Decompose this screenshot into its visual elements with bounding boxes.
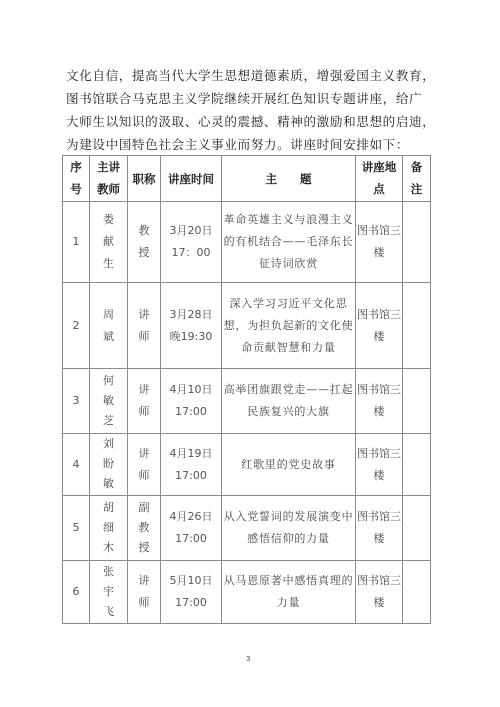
table-row: 1 娄献生 教授 3月20日17：00 革命英雄主义与浪漫主义的有机结合——毛泽… (63, 202, 431, 283)
intro-line: 文化自信，提高当代大学生思想道德素质，增强爱国主义教育， (66, 64, 438, 87)
page-number: 3 (246, 655, 250, 663)
cell-topic: 从马恩原著中感悟真理的力量 (222, 561, 356, 624)
cell-title: 讲师 (128, 283, 161, 369)
cell-place: 图书馆三楼 (356, 202, 403, 283)
cell-time: 3月20日17：00 (161, 202, 222, 283)
cell-speaker: 刘盼敏 (90, 434, 128, 496)
cell-speaker: 张宇飞 (90, 561, 128, 624)
cell-remark (403, 434, 431, 496)
cell-speaker: 娄献生 (90, 202, 128, 283)
cell-place: 图书馆三楼 (356, 561, 403, 624)
cell-speaker: 胡细木 (90, 496, 128, 561)
cell-title: 讲师 (128, 369, 161, 434)
cell-topic: 从入党誓词的发展演变中感悟信仰的力量 (222, 496, 356, 561)
cell-speaker: 何敏芝 (90, 369, 128, 434)
cell-time: 5月10日17:00 (161, 561, 222, 624)
cell-topic: 革命英雄主义与浪漫主义的有机结合——毛泽东长征诗词欣赏 (222, 202, 356, 283)
cell-topic: 高举团旗跟党走——扛起民族复兴的大旗 (222, 369, 356, 434)
cell-time: 3月28日晚19:30 (161, 283, 222, 369)
cell-no: 5 (63, 496, 90, 561)
header-speaker: 主讲教师 (90, 156, 128, 202)
header-no: 序号 (63, 156, 90, 202)
cell-time: 4月19日17:00 (161, 434, 222, 496)
cell-no: 3 (63, 369, 90, 434)
table-row: 2 周斌 讲师 3月28日晚19:30 深入学习习近平文化思想，为担负起新的文化… (63, 283, 431, 369)
table-header-row: 序号 主讲教师 职称 讲座时间 主 题 讲座地点 备注 (63, 156, 431, 202)
cell-speaker: 周斌 (90, 283, 128, 369)
cell-no: 2 (63, 283, 90, 369)
cell-place: 图书馆三楼 (356, 496, 403, 561)
cell-no: 6 (63, 561, 90, 624)
cell-place: 图书馆三楼 (356, 434, 403, 496)
cell-remark (403, 202, 431, 283)
cell-place: 图书馆三楼 (356, 283, 403, 369)
table-row: 5 胡细木 副教授 4月26日17:00 从入党誓词的发展演变中感悟信仰的力量 … (63, 496, 431, 561)
header-title: 职称 (128, 156, 161, 202)
cell-remark (403, 369, 431, 434)
cell-time: 4月10日17:00 (161, 369, 222, 434)
cell-place: 图书馆三楼 (356, 369, 403, 434)
cell-title: 副教授 (128, 496, 161, 561)
cell-topic: 红歌里的党史故事 (222, 434, 356, 496)
cell-topic: 深入学习习近平文化思想，为担负起新的文化使命贡献智慧和力量 (222, 283, 356, 369)
cell-remark (403, 283, 431, 369)
cell-time: 4月26日17:00 (161, 496, 222, 561)
cell-title: 讲师 (128, 561, 161, 624)
intro-line: 图书馆联合马克思主义学院继续开展红色知识专题讲座，给广 (66, 87, 438, 110)
cell-remark (403, 496, 431, 561)
cell-remark (403, 561, 431, 624)
cell-no: 4 (63, 434, 90, 496)
cell-title: 讲师 (128, 434, 161, 496)
table-row: 3 何敏芝 讲师 4月10日17:00 高举团旗跟党走——扛起民族复兴的大旗 图… (63, 369, 431, 434)
header-topic: 主 题 (222, 156, 356, 202)
intro-line: 大师生以知识的汲取、心灵的震撼、精神的激励和思想的启迪， (66, 110, 438, 133)
header-place: 讲座地点 (356, 156, 403, 202)
cell-no: 1 (63, 202, 90, 283)
intro-paragraph: 文化自信，提高当代大学生思想道德素质，增强爱国主义教育， 图书馆联合马克思主义学… (66, 64, 438, 156)
table-row: 4 刘盼敏 讲师 4月19日17:00 红歌里的党史故事 图书馆三楼 (63, 434, 431, 496)
cell-title: 教授 (128, 202, 161, 283)
header-remark: 备注 (403, 156, 431, 202)
table-row: 6 张宇飞 讲师 5月10日17:00 从马恩原著中感悟真理的力量 图书馆三楼 (63, 561, 431, 624)
header-time: 讲座时间 (161, 156, 222, 202)
intro-line: 为建设中国特色社会主义事业而努力。讲座时间安排如下： (66, 133, 438, 156)
lecture-schedule-table: 序号 主讲教师 职称 讲座时间 主 题 讲座地点 备注 1 娄献生 教授 3月2… (62, 155, 431, 624)
